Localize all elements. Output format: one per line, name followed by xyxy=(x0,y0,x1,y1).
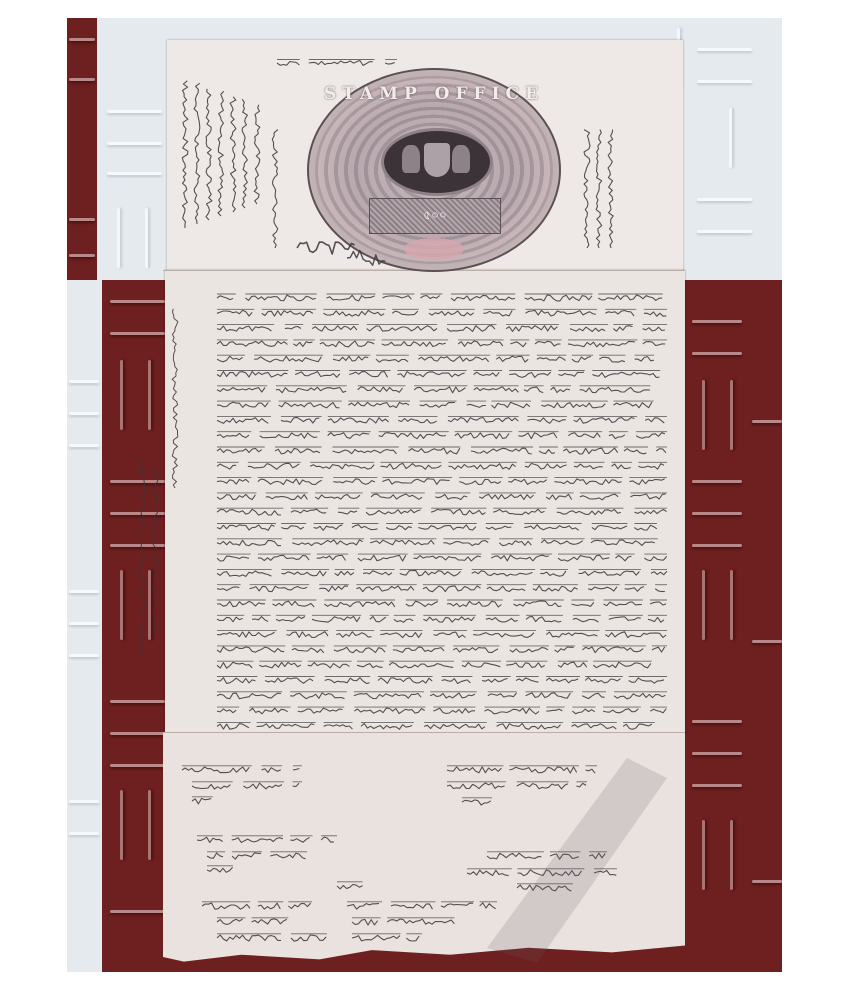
deed-body-section xyxy=(165,270,685,734)
royal-crest-icon xyxy=(381,128,493,196)
signatures-section xyxy=(163,732,685,964)
stamp-value: ৫০০ xyxy=(370,207,500,227)
revenue-stamp: STAMP OFFICE ৫০০ xyxy=(307,68,561,272)
stamp-header-text: STAMP OFFICE xyxy=(309,84,559,104)
floor-tile-red-left-top xyxy=(67,18,97,280)
stamp-value-scroll: ৫০০ xyxy=(369,198,501,234)
document-photo: STAMP OFFICE ৫০০ xyxy=(67,18,782,972)
floor-tile-white-left xyxy=(67,280,102,972)
paper-fold-line xyxy=(163,732,685,733)
